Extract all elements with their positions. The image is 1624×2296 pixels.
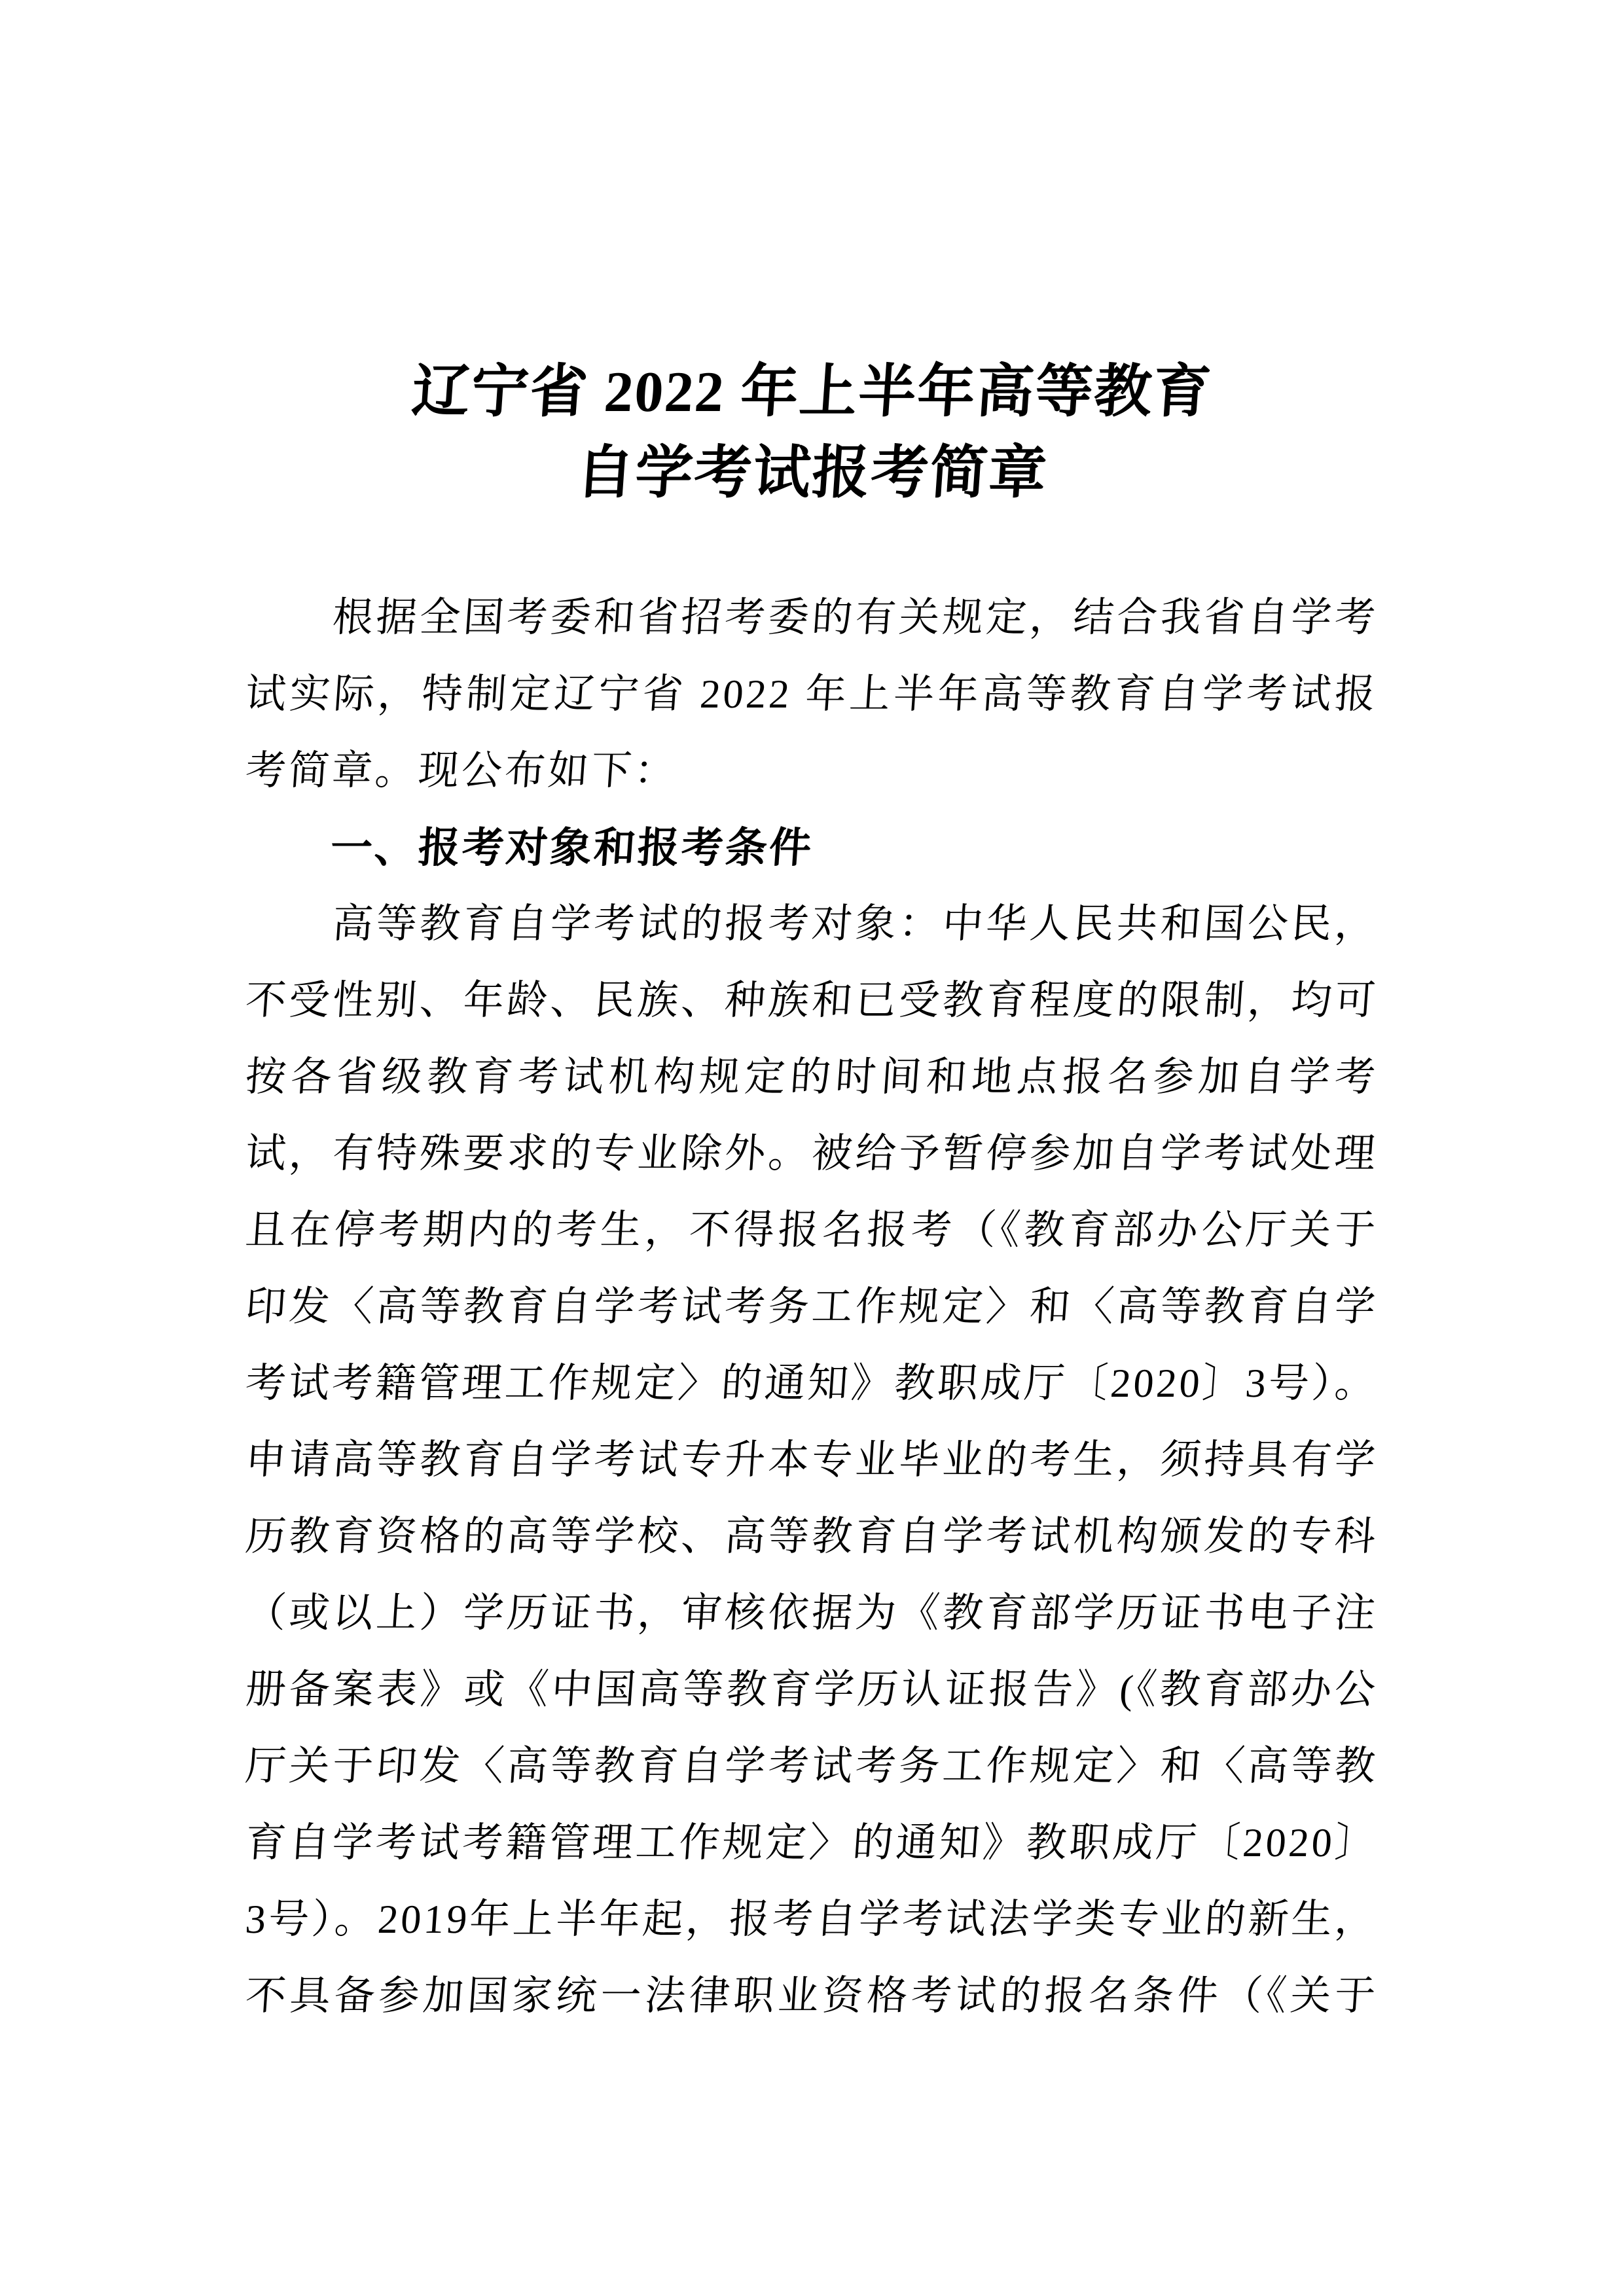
para2-line-11: 册备案表》或《中国高等教育学历认证报告》(《教育部办公 [243, 1652, 1380, 1729]
para2-line-2: 不受性别、年龄、民族、种族和已受教育程度的限制，均可 [243, 963, 1380, 1039]
document-title-line-1: 辽宁省 2022 年上半年高等教育 [0, 352, 1624, 433]
para2-line-13: 育自学考试考籍管理工作规定〉的通知》教职成厅〔2020〕 [243, 1805, 1380, 1882]
document-body: 根据全国考委和省招考委的有关规定，结合我省自学考 试实际，特制定辽宁省 2022… [245, 580, 1378, 2035]
document-title-line-2: 自学考试报考简章 [0, 433, 1624, 514]
para2-line-5: 且在停考期内的考生，不得报名报考（《教育部办公厅关于 [243, 1193, 1380, 1269]
para2-line-9: 历教育资格的高等学校、高等教育自学考试机构颁发的专科 [243, 1499, 1380, 1575]
para2-line-12: 厅关于印发〈高等教育自学考试考务工作规定〉和〈高等教 [243, 1729, 1380, 1805]
para2-line-7: 考试考籍管理工作规定〉的通知》教职成厅〔2020〕3号）。 [243, 1346, 1380, 1422]
section-heading-1: 一、报考对象和报考条件 [243, 810, 1380, 886]
para2-line-1: 高等教育自学考试的报考对象：中华人民共和国公民， [243, 886, 1380, 963]
para2-line-15: 不具备参加国家统一法律职业资格考试的报名条件（《关于 [243, 1958, 1380, 2035]
para2-line-6: 印发〈高等教育自学考试考务工作规定〉和〈高等教育自学 [243, 1269, 1380, 1346]
para2-line-10: （或以上）学历证书，审核依据为《教育部学历证书电子注 [243, 1575, 1380, 1652]
para1-line-1: 根据全国考委和省招考委的有关规定，结合我省自学考 [243, 580, 1380, 656]
para1-line-3: 考简章。现公布如下： [243, 733, 1380, 810]
para2-line-3: 按各省级教育考试机构规定的时间和地点报名参加自学考 [243, 1039, 1380, 1116]
document-title: 辽宁省 2022 年上半年高等教育 自学考试报考简章 [0, 352, 1624, 514]
para1-line-2: 试实际，特制定辽宁省 2022 年上半年高等教育自学考试报 [243, 656, 1380, 733]
document-page: 辽宁省 2022 年上半年高等教育 自学考试报考简章 根据全国考委和省招考委的有… [0, 0, 1624, 2296]
para2-line-8: 申请高等教育自学考试专升本专业毕业的考生，须持具有学 [243, 1422, 1380, 1499]
para2-line-4: 试，有特殊要求的专业除外。被给予暂停参加自学考试处理 [243, 1116, 1380, 1193]
para2-line-14: 3号）。2019年上半年起，报考自学考试法学类专业的新生， [243, 1882, 1380, 1958]
